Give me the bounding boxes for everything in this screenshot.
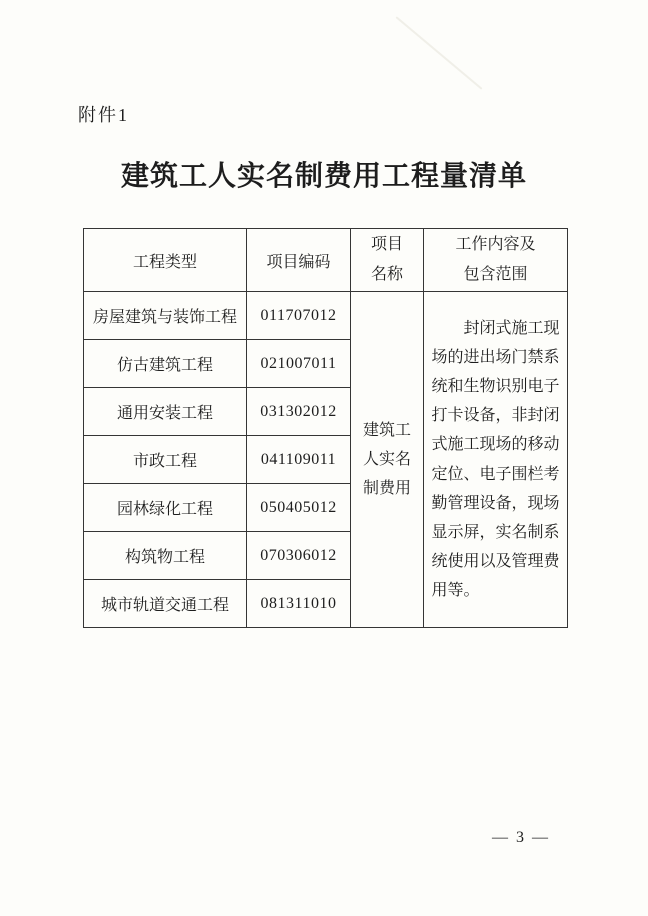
col-header-project-type-label: 工程类型 [133, 254, 197, 271]
col-header-project-type: 工程类型 [84, 229, 247, 292]
item-name-merged-cell: 建筑工人实名制费用 [351, 292, 424, 628]
project-type-cell: 构筑物工程 [84, 532, 247, 580]
item-code-cell: 041109011 [247, 436, 351, 484]
page-title: 建筑工人实名制费用工程量清单 [0, 154, 648, 194]
item-code-cell: 021007011 [247, 340, 351, 388]
project-type-cell: 房屋建筑与装饰工程 [84, 292, 247, 340]
document-page: 附件1 建筑工人实名制费用工程量清单 工程类型 项目编码 项目名称 工作内容及包… [0, 0, 648, 916]
table-row: 房屋建筑与装饰工程 011707012 建筑工人实名制费用 封闭式施工现场的进出… [84, 292, 568, 340]
work-content-merged-cell: 封闭式施工现场的进出场门禁系统和生物识别电子打卡设备，非封闭式施工现场的移动定位… [424, 292, 568, 628]
project-type-cell: 市政工程 [84, 436, 247, 484]
scan-crease-mark [395, 16, 482, 90]
item-code-cell: 070306012 [247, 532, 351, 580]
table-header-row: 工程类型 项目编码 项目名称 工作内容及包含范围 [84, 229, 568, 292]
item-code-cell: 081311010 [247, 580, 351, 628]
col-header-item-code: 项目编码 [247, 229, 351, 292]
project-type-cell: 通用安装工程 [84, 388, 247, 436]
col-header-work-scope: 工作内容及包含范围 [424, 229, 568, 292]
item-code-cell: 011707012 [247, 292, 351, 340]
col-header-item-code-label: 项目编码 [266, 254, 330, 271]
work-content-text: 封闭式施工现场的进出场门禁系统和生物识别电子打卡设备，非封闭式施工现场的移动定位… [432, 314, 560, 605]
col-header-item-name-label: 项目名称 [370, 230, 404, 291]
item-code-cell: 050405012 [247, 484, 351, 532]
attachment-label: 附件1 [78, 101, 129, 127]
col-header-item-name: 项目名称 [351, 229, 424, 292]
project-type-cell: 仿古建筑工程 [84, 340, 247, 388]
item-code-cell: 031302012 [247, 388, 351, 436]
fee-schedule-table: 工程类型 项目编码 项目名称 工作内容及包含范围 房屋建筑与装饰工程 01170… [83, 228, 568, 628]
item-name-text: 建筑工人实名制费用 [362, 416, 412, 503]
project-type-cell: 城市轨道交通工程 [84, 580, 247, 628]
page-number: — 3 — [492, 829, 550, 847]
project-type-cell: 园林绿化工程 [84, 484, 247, 532]
col-header-work-scope-label: 工作内容及包含范围 [454, 230, 536, 291]
